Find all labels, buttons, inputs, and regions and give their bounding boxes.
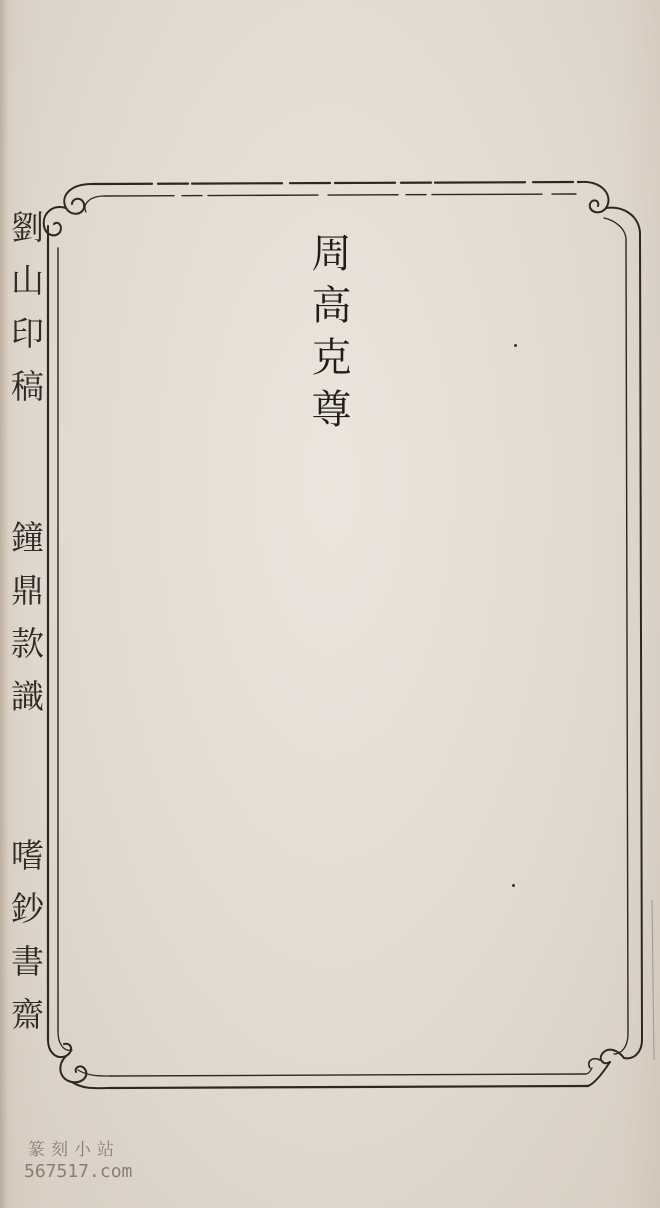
margin-text-book-title: 劉山印稿 <box>2 210 49 422</box>
margin-text-section: 鐘鼎款識 <box>2 520 49 732</box>
ink-speck <box>514 344 517 347</box>
ink-speck <box>512 884 515 887</box>
watermark-chinese: 篆刻小站 <box>24 1140 132 1161</box>
book-page: 周高克尊 劉山印稿 鐘鼎款識 嗜鈔書齋 篆刻小站 567517.com <box>0 0 660 1208</box>
watermark-url: 567517.com <box>24 1161 132 1184</box>
double-line-frame <box>0 0 660 1208</box>
watermark: 篆刻小站 567517.com <box>24 1140 132 1184</box>
margin-text-studio: 嗜鈔書齋 <box>2 838 49 1050</box>
page-title: 周高克尊 <box>300 232 357 440</box>
